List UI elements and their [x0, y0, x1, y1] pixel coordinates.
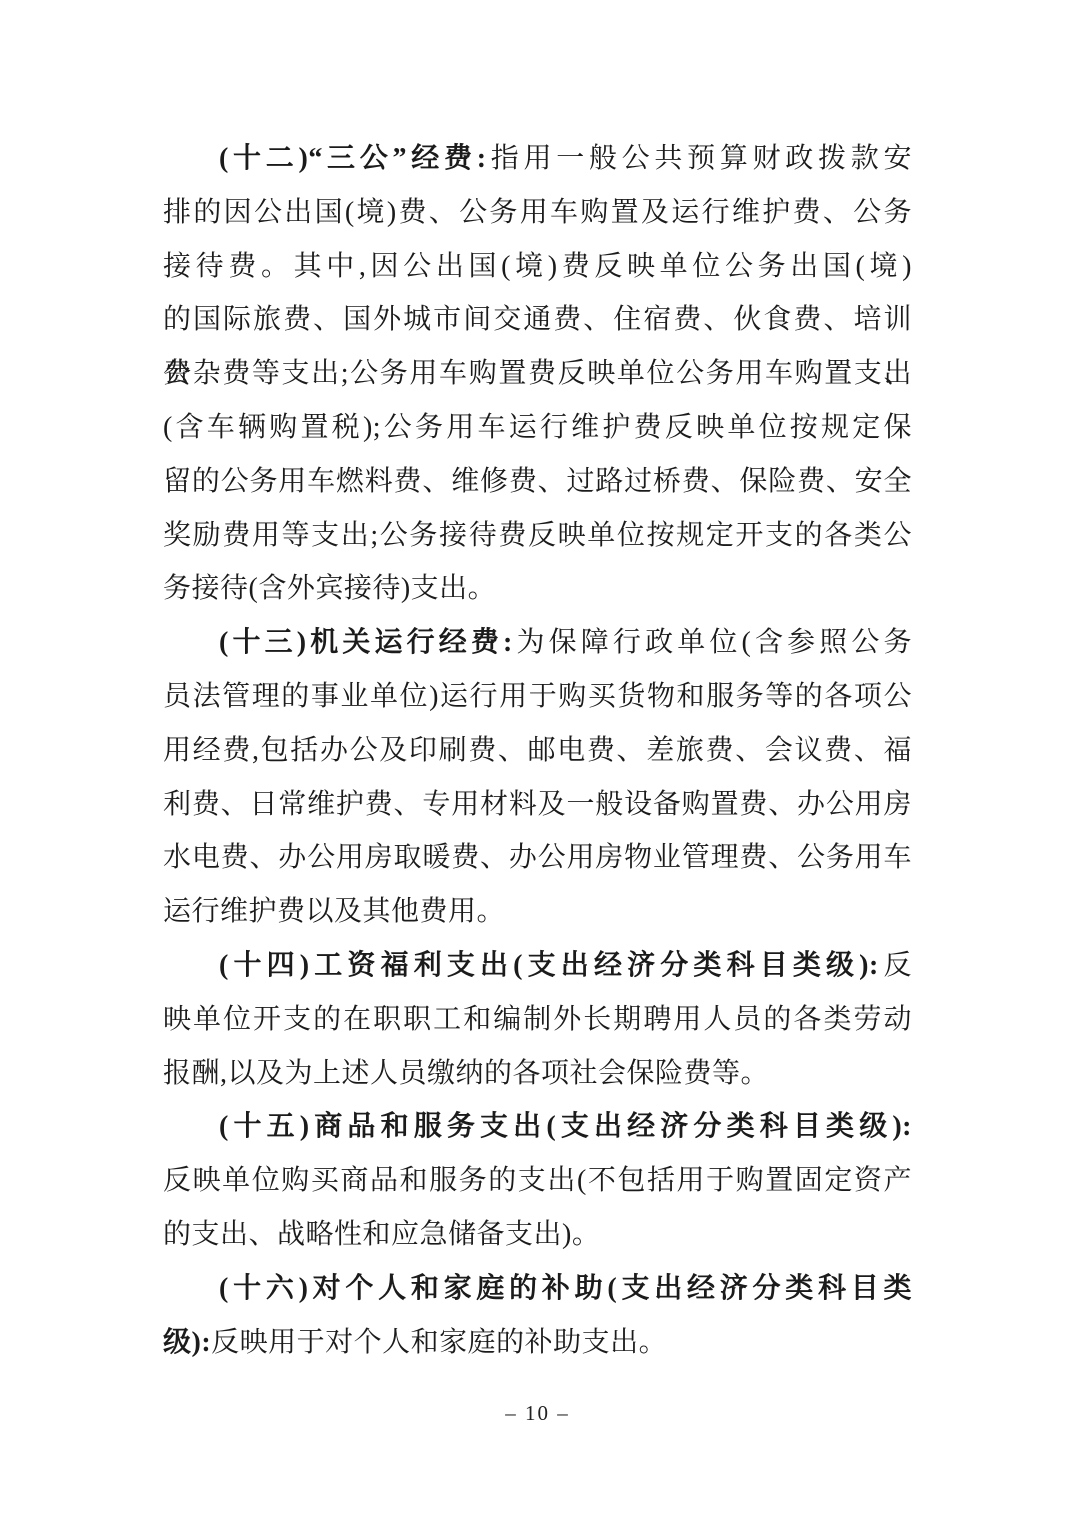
- line-text: 为保障行政单位(含参照公务: [513, 627, 912, 658]
- line-text: 反: [879, 950, 912, 981]
- text-line: 利费、日常维护费、专用材料及一般设备购置费、办公用房: [163, 778, 912, 832]
- text-line: 接待费。其中,因公出国(境)费反映单位公务出国(境): [163, 240, 912, 294]
- term-heading: (十二)“三公”经费:: [219, 143, 487, 174]
- text-line: 反映单位购买商品和服务的支出(不包括用于购置固定资产: [163, 1154, 912, 1208]
- term-heading: (十六)对个人和家庭的补助(支出经济分类科目类: [219, 1273, 912, 1304]
- text-line: 排的因公出国(境)费、公务用车购置及运行维护费、公务: [163, 186, 912, 240]
- text-line: 水电费、办公用房取暖费、办公用房物业管理费、公务用车: [163, 831, 912, 885]
- text-line: 务接待(含外宾接待)支出。: [163, 562, 912, 616]
- term-heading: (十四)工资福利支出(支出经济分类科目类级):: [219, 950, 879, 981]
- page-number: – 10 –: [0, 1398, 1075, 1428]
- paragraph-term-16: (十六)对个人和家庭的补助(支出经济分类科目类 级):反映用于对个人和家庭的补助…: [163, 1262, 912, 1370]
- paragraph-term-13: (十三)机关运行经费:为保障行政单位(含参照公务 员法管理的事业单位)运行用于购…: [163, 616, 912, 939]
- text-line: 的支出、战略性和应急储备支出)。: [163, 1208, 912, 1262]
- text-block: (十二)“三公”经费:指用一般公共预算财政拨款安 排的因公出国(境)费、公务用车…: [163, 132, 912, 1369]
- text-line: 级):反映用于对个人和家庭的补助支出。: [163, 1316, 912, 1370]
- text-line: 员法管理的事业单位)运行用于购买货物和服务等的各项公: [163, 670, 912, 724]
- text-line: (十五)商品和服务支出(支出经济分类科目类级):: [163, 1100, 912, 1154]
- document-page: (十二)“三公”经费:指用一般公共预算财政拨款安 排的因公出国(境)费、公务用车…: [0, 0, 1075, 1520]
- paragraph-term-12: (十二)“三公”经费:指用一般公共预算财政拨款安 排的因公出国(境)费、公务用车…: [163, 132, 912, 616]
- paragraph-term-15: (十五)商品和服务支出(支出经济分类科目类级): 反映单位购买商品和服务的支出(…: [163, 1100, 912, 1261]
- line-text: 反映用于对个人和家庭的补助支出。: [211, 1327, 667, 1358]
- text-line: 运行维护费以及其他费用。: [163, 885, 912, 939]
- term-heading: 级):: [163, 1327, 211, 1358]
- text-line: (十三)机关运行经费:为保障行政单位(含参照公务: [163, 616, 912, 670]
- text-line: (十二)“三公”经费:指用一般公共预算财政拨款安: [163, 132, 912, 186]
- paragraph-term-14: (十四)工资福利支出(支出经济分类科目类级):反 映单位开支的在职职工和编制外长…: [163, 939, 912, 1100]
- text-line: (十六)对个人和家庭的补助(支出经济分类科目类: [163, 1262, 912, 1316]
- text-line: 报酬,以及为上述人员缴纳的各项社会保险费等。: [163, 1047, 912, 1101]
- text-line: (十四)工资福利支出(支出经济分类科目类级):反: [163, 939, 912, 993]
- text-line: 映单位开支的在职职工和编制外长期聘用人员的各类劳动: [163, 993, 912, 1047]
- text-line: 留的公务用车燃料费、维修费、过路过桥费、保险费、安全: [163, 455, 912, 509]
- line-text: 指用一般公共预算财政拨款安: [487, 143, 912, 174]
- text-line: (含车辆购置税);公务用车运行维护费反映单位按规定保: [163, 401, 912, 455]
- text-line: 公杂费等支出;公务用车购置费反映单位公务用车购置支出: [163, 347, 912, 401]
- term-heading: (十五)商品和服务支出(支出经济分类科目类级):: [219, 1111, 912, 1142]
- text-line: 奖励费用等支出;公务接待费反映单位按规定开支的各类公: [163, 509, 912, 563]
- text-line: 的国际旅费、国外城市间交通费、住宿费、伙食费、培训费、: [163, 293, 912, 347]
- text-line: 用经费,包括办公及印刷费、邮电费、差旅费、会议费、福: [163, 724, 912, 778]
- term-heading: (十三)机关运行经费:: [219, 627, 513, 658]
